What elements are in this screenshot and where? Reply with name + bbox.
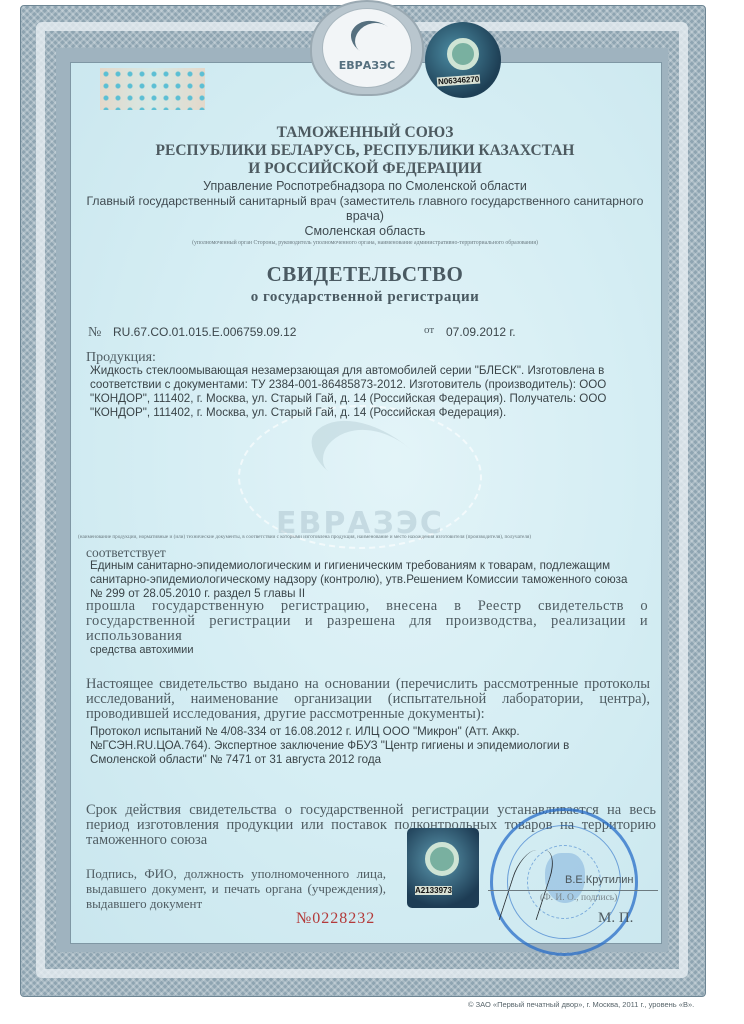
compliance-line: санитарно-эпидемиологическому надзору (к…: [90, 573, 650, 587]
emblem-label: ЕВРАЗЭС: [323, 59, 411, 72]
product-description: Жидкость стеклоомывающая незамерзающая д…: [90, 364, 650, 420]
usage-area: средства автохимии: [90, 643, 193, 657]
certificate-subtitle: о государственной регистрации: [70, 289, 660, 306]
hologram-number-bottom: A2133973: [415, 886, 452, 895]
registration-number: RU.67.CO.01.015.E.006759.09.12: [113, 325, 296, 339]
product-caption: (наименование продукции, нормативные и (…: [78, 534, 658, 540]
registration-date: 07.09.2012 г.: [446, 325, 516, 339]
printer-imprint: © ЗАО «Первый печатный двор», г. Москва,…: [468, 1000, 694, 1009]
signer-name: В.Е.Крутилин: [565, 874, 634, 886]
serial-number: №0228232: [296, 910, 375, 928]
product-line: "КОНДОР", 111402, г. Москва, ул. Старый …: [90, 406, 650, 420]
authority-name: Управление Роспотребнадзора по Смоленско…: [70, 179, 660, 194]
evrazes-watermark: ЕВРАЗЭС: [238, 405, 482, 549]
emblem-disc: ЕВРАЗЭС: [322, 8, 412, 88]
basis-line: Протокол испытаний № 4/08-334 от 16.08.2…: [90, 725, 650, 739]
basis-line: Смоленской области" № 7471 от 31 августа…: [90, 753, 650, 767]
basis-intro: Настоящее свидетельство выдано на основа…: [86, 677, 650, 722]
certificate-title: СВИДЕТЕЛЬСТВО: [70, 262, 660, 287]
evrazes-emblem: ЕВРАЗЭС: [310, 0, 424, 96]
union-line-3: И РОССИЙСКОЙ ФЕДЕРАЦИИ: [70, 159, 660, 178]
product-line: соответствии с документами: ТУ 2384-001-…: [90, 378, 650, 392]
signer-caption: (Ф. И. О., подпись): [540, 893, 617, 903]
hologram-strip: [100, 68, 205, 110]
product-line: "КОНДОР", 111402, г. Москва, ул. Старый …: [90, 392, 650, 406]
hologram-seal-top: N06346270: [425, 22, 501, 98]
registration-statement: прошла государственную регистрацию, внес…: [86, 599, 648, 644]
region-name: Смоленская область: [70, 224, 660, 239]
signature-line: [488, 890, 658, 891]
union-title: ТАМОЖЕННЫЙ СОЮЗ: [70, 123, 660, 142]
authority-caption: (уполномоченный орган Стороны, руководит…: [70, 240, 660, 246]
number-label: №: [88, 325, 101, 341]
basis-line: №ГСЭН.RU.ЦОА.764). Экспертное заключение…: [90, 739, 650, 753]
official-title-line-2: врача): [70, 209, 660, 224]
stamp-place-mark: М. П.: [598, 910, 633, 927]
date-label: от: [424, 324, 434, 336]
compliance-line: Единым санитарно-эпидемиологическим и ги…: [90, 559, 650, 573]
sanitary-mark-icon: [425, 842, 459, 876]
hologram-number-top: N06346270: [437, 74, 481, 86]
sanitary-mark-icon: [447, 38, 479, 70]
number-sign: №: [88, 325, 101, 340]
product-line: Жидкость стеклоомывающая незамерзающая д…: [90, 364, 650, 378]
signature-label: Подпись, ФИО, должность уполномоченного …: [86, 866, 386, 911]
compliance-requirements: Единым санитарно-эпидемиологическим и ги…: [90, 559, 650, 601]
hologram-seal-bottom: A2133973: [407, 828, 479, 908]
official-title-line-1: Главный государственный санитарный врач …: [66, 194, 664, 209]
union-line-2: РЕСПУБЛИКИ БЕЛАРУСЬ, РЕСПУБЛИКИ КАЗАХСТА…: [70, 141, 660, 160]
basis-documents: Протокол испытаний № 4/08-334 от 16.08.2…: [90, 725, 650, 767]
